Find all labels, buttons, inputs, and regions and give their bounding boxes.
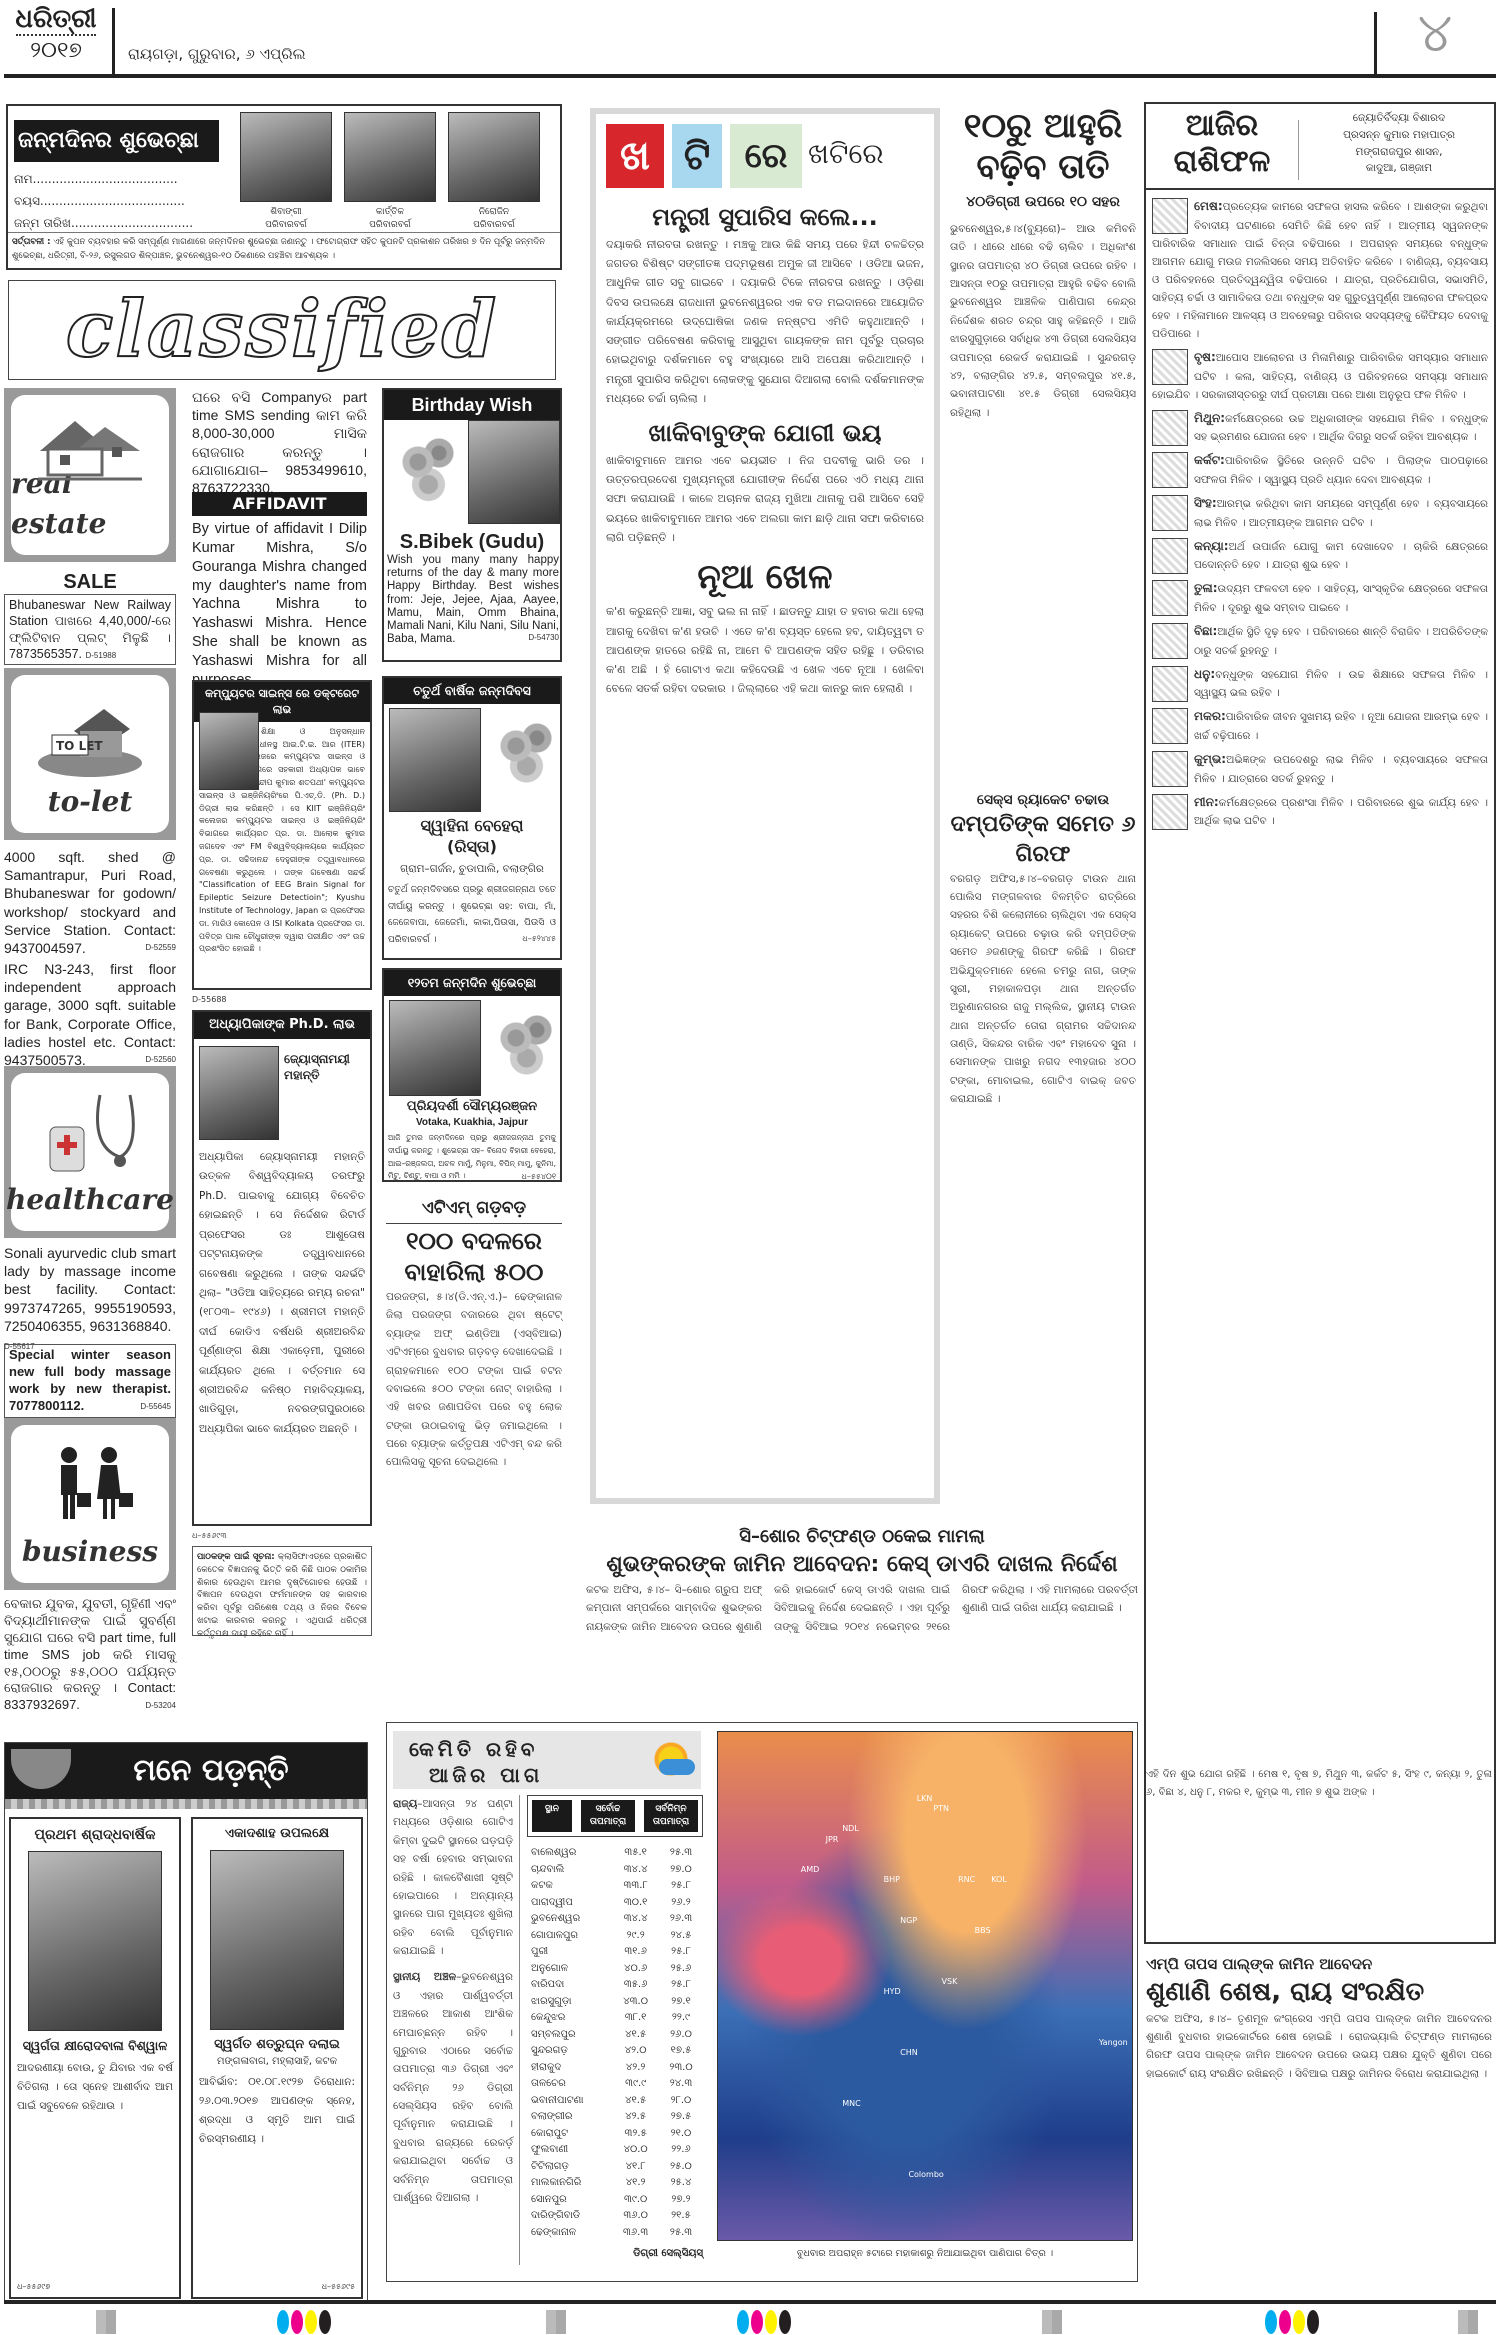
coupon-photo-2 (344, 112, 436, 202)
temperature-row: ସୁନ୍ଦରଗଡ଼୪୨.୦୧୭.୫ (527, 2043, 703, 2060)
stethoscope-icon (30, 1087, 150, 1177)
zodiac-icon (1152, 666, 1188, 702)
zodiac-icon (1152, 198, 1188, 234)
horoscope-sign: ତୁଳା:ଉଦ୍ୟମ ଫଳବତୀ ହେବ । ସାହିତ୍ୟ, ସାଂସ୍କୃତ… (1152, 578, 1488, 617)
registration-dot (1265, 2310, 1277, 2334)
tapas-story: ଏମ୍‌ପି ତାପସ ପାଲ୍‌ଙ୍କ ଜାମିନ ଆବେଦନ ଶୁଣାଣି … (1146, 1954, 1492, 2083)
astrologer-credit: ଜ୍ୟୋତିର୍ବିଦ୍ୟା ବିଶାରଦ ପ୍ରସନ୍ନ କୁମାର ମହାପ… (1306, 110, 1492, 177)
horoscope-sign: କୁମ୍ଭ:ଅଭିଜ୍ଞଙ୍କ ଉପଦେଶରୁ ଲାଭ ମିଳିବ । ବ୍ୟବ… (1152, 749, 1488, 788)
house-icon (30, 413, 150, 483)
chit-fund-story: ସି–ଶୋର ଚିଟ୍‌ଫଣ୍ଡ ଠକେଇ ମାମଲା ଶୁଭଙ୍କରଙ୍କ ଜ… (586, 1524, 1138, 1636)
map-city-label: BBS (975, 1925, 991, 1937)
masthead-logo: ଧରିତ୍ରୀ ୨୦୧୭ (6, 6, 106, 63)
flower-garland (5, 1799, 367, 1809)
print-registration-marks (0, 2310, 1500, 2334)
map-city-label: MNC (842, 2098, 860, 2110)
coupon-photo-1 (240, 112, 332, 202)
temperature-row: କୋରାପୁଟ୩୨.୫୨୧.୦ (527, 2126, 703, 2143)
reader-notice: ପାଠକଙ୍କ ପାଇଁ ସୂଚନା: କ୍ଲାସିଫାଏଡ୍‌ରେ ପ୍ରକା… (192, 1546, 372, 1636)
fourth-birthday-ad: ଚତୁର୍ଥ ବାର୍ଷିକ ଜନ୍ମଦିବସ ସ୍ୱାହିନା ବେହେରା … (382, 676, 562, 960)
classified-banner: classified (8, 280, 556, 380)
zodiac-icon (1152, 538, 1188, 574)
category-healthcare: healthcare (4, 1066, 176, 1238)
dateline: ରାୟଗଡ଼ା, ଗୁରୁବାର, ୬ ଏପ୍ରିଲ (128, 44, 306, 66)
satellite-weather-map: LKNPTNNDLJPRAMDBHPRNCKOLNGPBBSHYDVSKCHNM… (717, 1731, 1133, 2241)
registration-dot (751, 2310, 763, 2334)
registration-dot (737, 2310, 749, 2334)
temperature-row: ପୁରୀ୩୧.୬୨୫.୮ (527, 1944, 703, 1961)
horoscope-sign: ମେଷ:ପ୍ରତ୍ୟେକ କାମରେ ସଫଳତା ହାସଲ କରିବେ । ଆଶ… (1152, 196, 1488, 343)
coupon-field-dob[interactable]: ଜନ୍ମ ତାରିଖ..............................… (14, 212, 224, 234)
temperature-row: ଭୁବନେଶ୍ୱର୩୪.୪୨୬.୩ (527, 1911, 703, 1928)
to-let-ad-1: 4000 sqft. shed @ Samantrapur, Puri Road… (4, 848, 176, 957)
temperature-table: ସ୍ଥାନ ସର୍ବୋଚ୍ଚ ତାପମାତ୍ରା ସର୍ବନିମ୍ନ ତାପମା… (527, 1795, 703, 2262)
coupon-photo-3 (448, 112, 540, 202)
business-ad: ବେକାର ଯୁବକ, ଯୁବତୀ, ଗୃହିଣୀ ଏବଂ ବିଦ୍ୟାର୍ଥୀ… (4, 1596, 176, 1714)
zodiac-icon (1152, 349, 1188, 385)
obituary-left: ପ୍ରଥମ ଶ୍ରାଦ୍ଧବାର୍ଷିକ ସ୍ୱର୍ଗତା କ୍ଷୀରୋଦବାଳ… (9, 1817, 181, 2299)
registration-dot (277, 2310, 289, 2334)
flower-bouquet-icon (488, 714, 558, 794)
pageno-divider (1374, 12, 1377, 76)
temperature-row: ଟିଟିଲାଗଡ଼୪୧.୮୨୫.୦ (527, 2159, 703, 2176)
temperature-row: ବାଲେଶ୍ୱର୩୫.୧୨୫.୩ (527, 1845, 703, 1862)
map-city-label: Yangon (1099, 2037, 1128, 2049)
flower-bouquet-icon (390, 426, 460, 516)
map-city-label: BHP (884, 1874, 900, 1886)
temperature-row: ଅନୁଗୋଳ୪୦.୬୨୫.୬ (527, 1961, 703, 1978)
temperature-row: ତାଳଚେର୩୯.୯୨୪.୩ (527, 2076, 703, 2093)
masthead-rule (4, 74, 1496, 78)
obituary-section: ମନେ ପଡ଼ନ୍ତି ପ୍ରଥମ ଶ୍ରାଦ୍ଧବାର୍ଷିକ ସ୍ୱର୍ଗତ… (4, 1742, 368, 2304)
khatire-column: ଖ ଟି ରେ ଖଟିରେ ମନ୍ତ୍ରୀ ସୁପାରିସ କଲେ... ଦୟା… (590, 108, 940, 1504)
thirteenth-birthday-ad: ୧୨ତମ ଜନ୍ମଦିନ ଶୁଭେଚ୍ଛା ପ୍ରିୟଦର୍ଶୀ ସୌମ୍ୟରଞ… (382, 968, 562, 1182)
sale-ad: Bhubaneswar New Railway Station ପାଖରେ 4,… (4, 594, 176, 665)
map-city-label: AMD (801, 1864, 820, 1876)
map-city-label: JPR (826, 1834, 839, 1846)
map-city-label: VSK (942, 1976, 958, 1988)
fourth-birthday-photo (389, 708, 481, 812)
khatire-logo: ଖ ଟି ରେ ଖଟିରେ (596, 124, 934, 200)
satellite-caption: ବୁଧବାର ଅପରାହ୍ନ ୫ଟାରେ ମହାକାଶରୁ ନିଆଯାଇଥିବା… (717, 2247, 1133, 2261)
temperature-row: କେନ୍ଦୁଝର୩୮.୧୨୨.୯ (527, 2010, 703, 2027)
category-real-estate: real estate (4, 388, 176, 562)
edition-year: ୨୦୧୭ (6, 39, 106, 63)
map-city-label: KOL (991, 1874, 1007, 1886)
business-people-icon (35, 1443, 145, 1523)
temperature-rows: ବାଲେଶ୍ୱର୩୫.୧୨୫.୩ଚାନ୍ଦବାଲି୩୪.୪୨୭.୦କଟକ୩୩.୮… (527, 1845, 703, 2241)
map-city-label: Colombo (908, 2169, 943, 2181)
to-let-house-icon: TO LET (30, 691, 150, 781)
registration-dot (291, 2310, 303, 2334)
category-to-let: TO LET to-let (4, 668, 176, 840)
horoscope-sign: କନ୍ୟା:ଅର୍ଥ ଉପାର୍ଜନ ଯୋଗୁ କାମ ଦେଖାଦେବ । ଚା… (1152, 536, 1488, 575)
birthday-wish-photo (468, 420, 560, 524)
horoscope-sign: ମକର:ପାରିବାରିକ ଜୀବନ ସୁଖମୟ ରହିବ । ନୂଆ ଯୋଜନ… (1152, 706, 1488, 745)
map-city-label: NGP (900, 1915, 917, 1927)
zodiac-icon (1152, 794, 1188, 830)
phd-ad: ଅଧ୍ୟାପିକାଙ୍କ Ph.D. ଲାଭ ଜ୍ୟୋସ୍ନାମୟୀ ମହାନ୍… (192, 1010, 372, 1526)
category-business: business (4, 1418, 176, 1590)
thirteenth-birthday-photo (389, 1000, 481, 1096)
sex-racket-story: ସେକ୍ସ ର୍‍ୟାକେଟ ଚଢାଉ ଦମ୍ପତିଙ୍କ ସମେତ ୬ ଗିର… (950, 790, 1136, 1109)
horoscope-signs: ମେଷ:ପ୍ରତ୍ୟେକ କାମରେ ସଫଳତା ହାସଲ କରିବେ । ଆଶ… (1152, 196, 1488, 834)
horoscope-sign: ମିଥୁନ:କର୍ମକ୍ଷେତ୍ରରେ ଉଚ୍ଚ ଅଧିକାରୀଙ୍କ ସହଯୋ… (1152, 408, 1488, 447)
birthday-coupon: ଜନ୍ମଦିନର ଶୁଭେଚ୍ଛା ନାମ...................… (6, 104, 562, 270)
horoscope-sign: ମୀନ:କର୍ମକ୍ଷେତ୍ରରେ ପ୍ରଶଂସା ମିଳିବ । ପରିବାର… (1152, 792, 1488, 831)
zodiac-icon (1152, 410, 1188, 446)
temperature-row: ସୋନପୁର୩୯.୦୨୭.୨ (527, 2192, 703, 2209)
registration-dot (1307, 2310, 1319, 2334)
weather-title: କେମିତି ରହିବ ଆଜିର ପାଗ (393, 1731, 701, 1789)
obituary-right: ଏକାଦଶାହ ଉପଲକ୍ଷେ ସ୍ୱର୍ଗତ ଶତ୍ରୁଘ୍ନ ଦଲାଇ ମଙ… (191, 1817, 363, 2299)
horoscope-sign: ବିଛା:ଆର୍ଥିକ ସ୍ଥିତି ଦୃଢ଼ ହେବ । ପରିବାରରେ ଶ… (1152, 621, 1488, 660)
weather-state-forecast: ରାଜ୍ୟ–ଆସନ୍ତା ୨୪ ଘଣ୍ଟା ମଧ୍ୟରେ ଓଡ଼ିଶାର ଗୋଟ… (393, 1795, 513, 2207)
temperature-row: ଦାରିଙ୍ଗିବାଡି୩୬.୦୨୧.୫ (527, 2208, 703, 2225)
page-number: ୪ (1380, 6, 1490, 60)
map-city-label: NDL (842, 1823, 859, 1835)
registration-dot (779, 2310, 791, 2334)
healthcare-ad-2: Special winter season new full body mass… (4, 1344, 176, 1418)
masthead-divider (112, 8, 115, 76)
zodiac-icon (1152, 452, 1188, 488)
map-city-label: HYD (884, 1986, 901, 1998)
affidavit-heading: AFFIDAVIT (192, 492, 367, 516)
diya-lamp-icon (11, 1749, 71, 1789)
coupon-title: ଜନ୍ମଦିନର ଶୁଭେଚ୍ଛା (14, 120, 219, 162)
registration-dot (765, 2310, 777, 2334)
horoscope-sign: ବୃଷ:ଆପୋସ ଆଲୋଚନା ଓ ମିଳାମିଶାରୁ ପାରିବାରିକ ସ… (1152, 347, 1488, 404)
map-city-label: RNC (958, 1874, 975, 1886)
registration-dot (305, 2310, 317, 2334)
paper-name: ଧରିତ୍ରୀ (6, 6, 106, 32)
map-city-label: LKN (917, 1793, 933, 1805)
phd-photo (199, 1046, 279, 1140)
heat-story: ୧୦ରୁ ଆହୁରି ବଢ଼ିବ ତାତି ୪୦ଡିଗ୍ରୀ ଉପରେ ୧୦ ସ… (950, 106, 1136, 422)
map-city-label: PTN (933, 1803, 949, 1815)
lucky-numbers: ଏହି ଦିନ ଶୁଭ ଯୋଗ ରହିଛି । ମେଷ ୧, ବୃଷ ୭, ମି… (1146, 1766, 1492, 1801)
zodiac-icon (1152, 751, 1188, 787)
registration-dot (319, 2310, 331, 2334)
temperature-row: ହୀରାକୁଦ୪୨.୨୨୩.୦ (527, 2060, 703, 2077)
zodiac-icon (1152, 623, 1188, 659)
healthcare-ad-1: Sonali ayurvedic club smart lady by mass… (4, 1244, 176, 1353)
horoscope-section: ଆଜିର ରାଶିଫଳ ଜ୍ୟୋତିର୍ବିଦ୍ୟା ବିଶାରଦ ପ୍ରସନ୍… (1144, 102, 1496, 1944)
svg-text:TO LET: TO LET (56, 739, 103, 753)
birthday-wish-ad: Birthday Wish S.Bibek (Gudu) Wish you ma… (382, 388, 562, 662)
temperature-row: କଟକ୩୩.୮୨୫.୮ (527, 1878, 703, 1895)
temperature-row: ପାରାଦ୍ୱୀପ୩୦.୧୨୬.୨ (527, 1895, 703, 1912)
map-city-label: CHN (900, 2047, 918, 2059)
coupon-field-name[interactable]: ନାମ.....................................… (14, 168, 224, 190)
registration-dot (1279, 2310, 1291, 2334)
atm-story: ଏଟିଏମ୍ ଗଡ଼ବଡ଼ ୧୦୦ ବଦଳରେ ବାହାରିଲା ୫୦୦ ପରଜ… (386, 1196, 562, 1472)
zodiac-icon (1152, 495, 1188, 531)
temperature-row: ମାଲକାନଗିରି୪୧.୨୨୫.୪ (527, 2175, 703, 2192)
sale-heading: SALE (4, 568, 176, 597)
temperature-row: ଗୋପାଳପୁର୨୯.୨୨୪.୫ (527, 1928, 703, 1945)
temperature-row: ଫୁଲବାଣୀ୪୦.୦୨୨.୬ (527, 2142, 703, 2159)
coupon-terms: ସର୍ତ୍ତାବଳୀ : ଏହି କୁପନ ବ୍ୟବହାର କରି ସମ୍ପୂର… (8, 232, 560, 265)
temperature-row: ଢେଙ୍କାନାଳ୩୬.୩୨୫.୩ (527, 2225, 703, 2242)
doctorate-photo (199, 712, 259, 790)
temperature-row: ଭବାନୀପାଟଣା୪୧.୫୨୮.୦ (527, 2093, 703, 2110)
horoscope-sign: ଧନୁ:ବନ୍ଧୁଙ୍କ ସହଯୋଗ ମିଳିବ । ଉଚ୍ଚ ଶିକ୍ଷାରେ… (1152, 664, 1488, 703)
footer-rule (4, 2300, 1496, 2304)
horoscope-sign: ସିଂହ:ଆରମ୍ଭ କରିଥିବା କାମ ସମୟରେ ସମ୍ପୂର୍ଣ୍ଣ … (1152, 493, 1488, 532)
horoscope-sign: କର୍କଟ:ପାରିବାରିକ ସ୍ଥିତିରେ ଉନ୍ନତି ଘଟିବ । ପ… (1152, 450, 1488, 489)
coupon-field-age[interactable]: ବୟସ.....................................… (14, 190, 224, 212)
temperature-row: ଚାନ୍ଦବାଲି୩୪.୪୨୭.୦ (527, 1862, 703, 1879)
temperature-row: ଝାରସୁଗୁଡ଼ା୪୩.୦୨୭.୧ (527, 1994, 703, 2011)
weather-section: କେମିତି ରହିବ ଆଜିର ପାଗ ରାଜ୍ୟ–ଆସନ୍ତା ୨୪ ଘଣ୍… (386, 1722, 1138, 2282)
zodiac-icon (1152, 580, 1188, 616)
doctorate-ad: କମ୍ପ୍ୟୁଟର ସାଇନ୍ସ ରେ ଡକ୍ଟରେଟ ଲାଭ ଶିକ୍ଷା ଓ… (192, 680, 372, 990)
registration-dot (1293, 2310, 1305, 2334)
temperature-row: ବଲାଙ୍ଗୀର୪୨.୫୨୭.୫ (527, 2109, 703, 2126)
to-let-ad-2: IRC N3-243, first floor independent appr… (4, 960, 176, 1069)
zodiac-icon (1152, 708, 1188, 744)
temperature-row: ବାରିପଦା୩୫.୬୨୫.୮ (527, 1977, 703, 1994)
temperature-row: ସମ୍ବଲପୁର୪୧.୫୨୬.୦ (527, 2027, 703, 2044)
flower-bouquet-icon (488, 1006, 558, 1086)
